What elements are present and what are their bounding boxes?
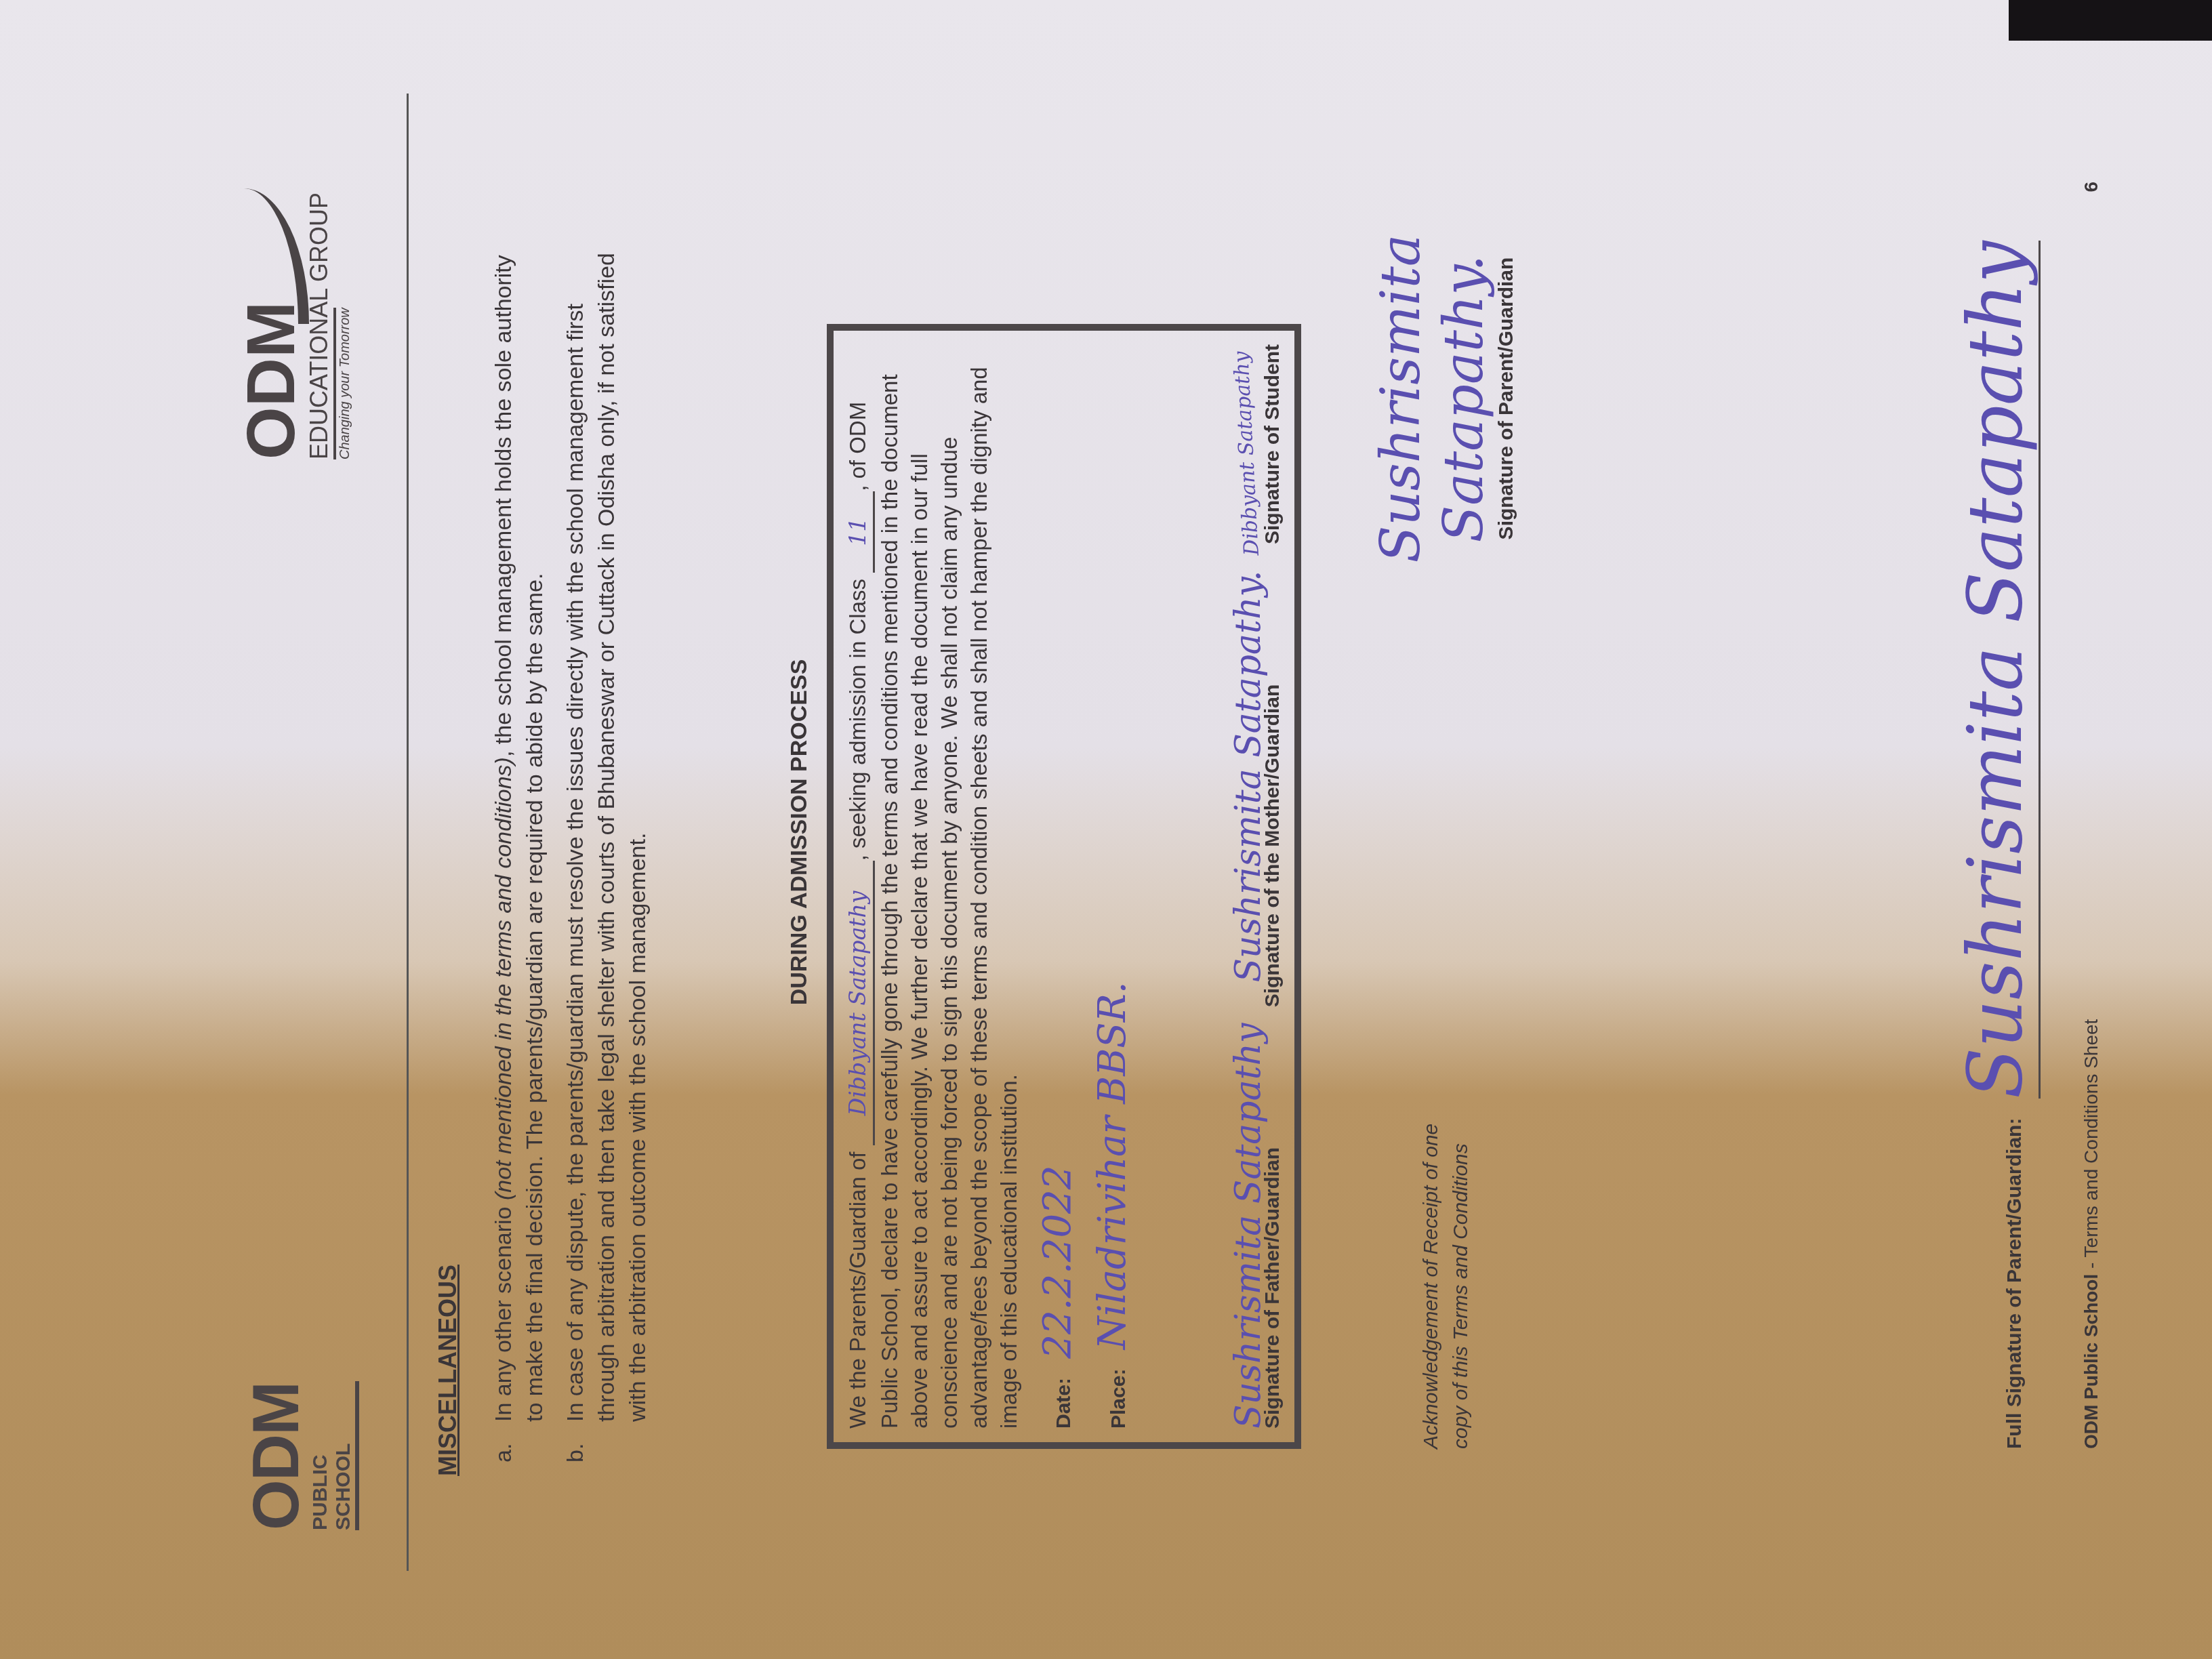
- parent-signature-block: Sushrismita Satapathy. Signature of Pare…: [1369, 94, 1518, 703]
- misc-list: a. In any other scenario (not mentioned …: [488, 243, 663, 1462]
- item-text: In case of any dispute, the parents/guar…: [560, 243, 653, 1422]
- item-marker: a.: [488, 1422, 550, 1462]
- odm-public-school-logo: ODM PUBLIC SCHOOL: [244, 1381, 380, 1530]
- date-row: Date: 22.2.2022: [1043, 344, 1079, 1429]
- document-page: ODM PUBLIC SCHOOL ODM EDUCATIONAL GROUP …: [203, 94, 2169, 1571]
- misc-item: b. In case of any dispute, the parents/g…: [560, 243, 653, 1462]
- place-row: Place: Niladrivihar BBSR.: [1098, 344, 1134, 1429]
- class-field[interactable]: 11: [843, 491, 875, 573]
- father-signature-label: Signature of Father/Guardian: [1258, 1147, 1288, 1429]
- odm-educational-group-logo: ODM EDUCATIONAL GROUP Changing your Tomo…: [237, 175, 386, 459]
- document-header: ODM PUBLIC SCHOOL ODM EDUCATIONAL GROUP …: [203, 94, 409, 1571]
- logo-brand: ODM: [244, 1381, 309, 1530]
- place-field[interactable]: Niladrivihar BBSR.: [1090, 981, 1134, 1349]
- parent-signature[interactable]: Sushrismita Satapathy.: [1369, 94, 1495, 703]
- document-footer: ODM Public School - Terms and Conditions…: [2081, 1019, 2102, 1449]
- full-signature-label: Full Signature of Parent/Guardian:: [2003, 1118, 2026, 1449]
- date-field[interactable]: 22.2.2022: [1036, 1166, 1080, 1359]
- place-label: Place:: [1107, 1369, 1130, 1429]
- signature-labels: Signature of Father/Guardian Signature o…: [1258, 344, 1288, 1429]
- logo-tagline: Changing your Tomorrow: [333, 308, 353, 459]
- misc-item: a. In any other scenario (not mentioned …: [488, 243, 550, 1462]
- logo-group: EDUCATIONAL GROUP: [305, 175, 333, 459]
- full-signature-field[interactable]: Sushrismita Satapathy: [1952, 241, 2041, 1099]
- acknowledgement-text: Acknowledgement of Receipt of one copy o…: [1416, 1124, 1476, 1449]
- admission-declaration-box: We the Parents/Guardian of Dibbyant Sata…: [827, 324, 1301, 1449]
- rotated-document: ODM PUBLIC SCHOOL ODM EDUCATIONAL GROUP …: [0, 0, 2212, 1659]
- student-name-field[interactable]: Dibbyant Satapathy: [843, 861, 875, 1145]
- parent-signature-label: Signature of Parent/Guardian: [1495, 258, 1517, 540]
- misc-heading: MISCELLANEOUS: [434, 1265, 462, 1476]
- item-marker: b.: [560, 1422, 653, 1462]
- full-signature-row: Full Signature of Parent/Guardian: Sushr…: [1952, 241, 2039, 1449]
- page-number: 6: [2081, 182, 2102, 192]
- item-text: In any other scenario (not mentioned in …: [488, 243, 550, 1422]
- mother-signature-label: Signature of the Mother/Guardian: [1258, 684, 1288, 1008]
- date-label: Date:: [1052, 1378, 1075, 1429]
- declaration-text: We the Parents/Guardian of Dibbyant Sata…: [843, 344, 1024, 1429]
- student-signature-label: Signature of Student: [1258, 344, 1288, 544]
- logo-subtitle: PUBLIC SCHOOL: [309, 1381, 359, 1530]
- admission-heading: DURING ADMISSION PROCESS: [786, 94, 813, 1571]
